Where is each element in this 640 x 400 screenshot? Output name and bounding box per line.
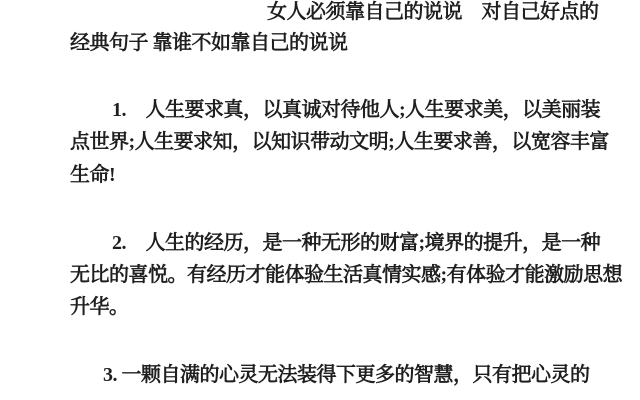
title-line-2: 经典句子 靠谁不如靠自己的说说: [70, 27, 348, 59]
paragraph-2-line-2: 无比的喜悦。有经历才能体验生活真情实感;有体验才能激励思想: [70, 259, 622, 291]
paragraph-3-line-1: 3. 一颗自满的心灵无法装得下更多的智慧，只有把心灵的: [103, 359, 590, 391]
paragraph-1-line-2: 点世界;人生要求知，以知识带动文明;人生要求善，以宽容丰富: [70, 126, 609, 158]
paragraph-2-line-1: 2. 人生的经历，是一种无形的财富;境界的提升，是一种: [112, 227, 600, 259]
paragraph-1-line-1: 1. 人生要求真，以真诚对待他人;人生要求美，以美丽装: [112, 94, 600, 126]
document-page: 女人必须靠自己的说说 对自己好点的 经典句子 靠谁不如靠自己的说说 1. 人生要…: [0, 0, 640, 400]
title-line-1: 女人必须靠自己的说说 对自己好点的: [267, 0, 599, 28]
paragraph-1-line-3: 生命!: [70, 159, 115, 191]
paragraph-2-line-3: 升华。: [70, 291, 129, 323]
